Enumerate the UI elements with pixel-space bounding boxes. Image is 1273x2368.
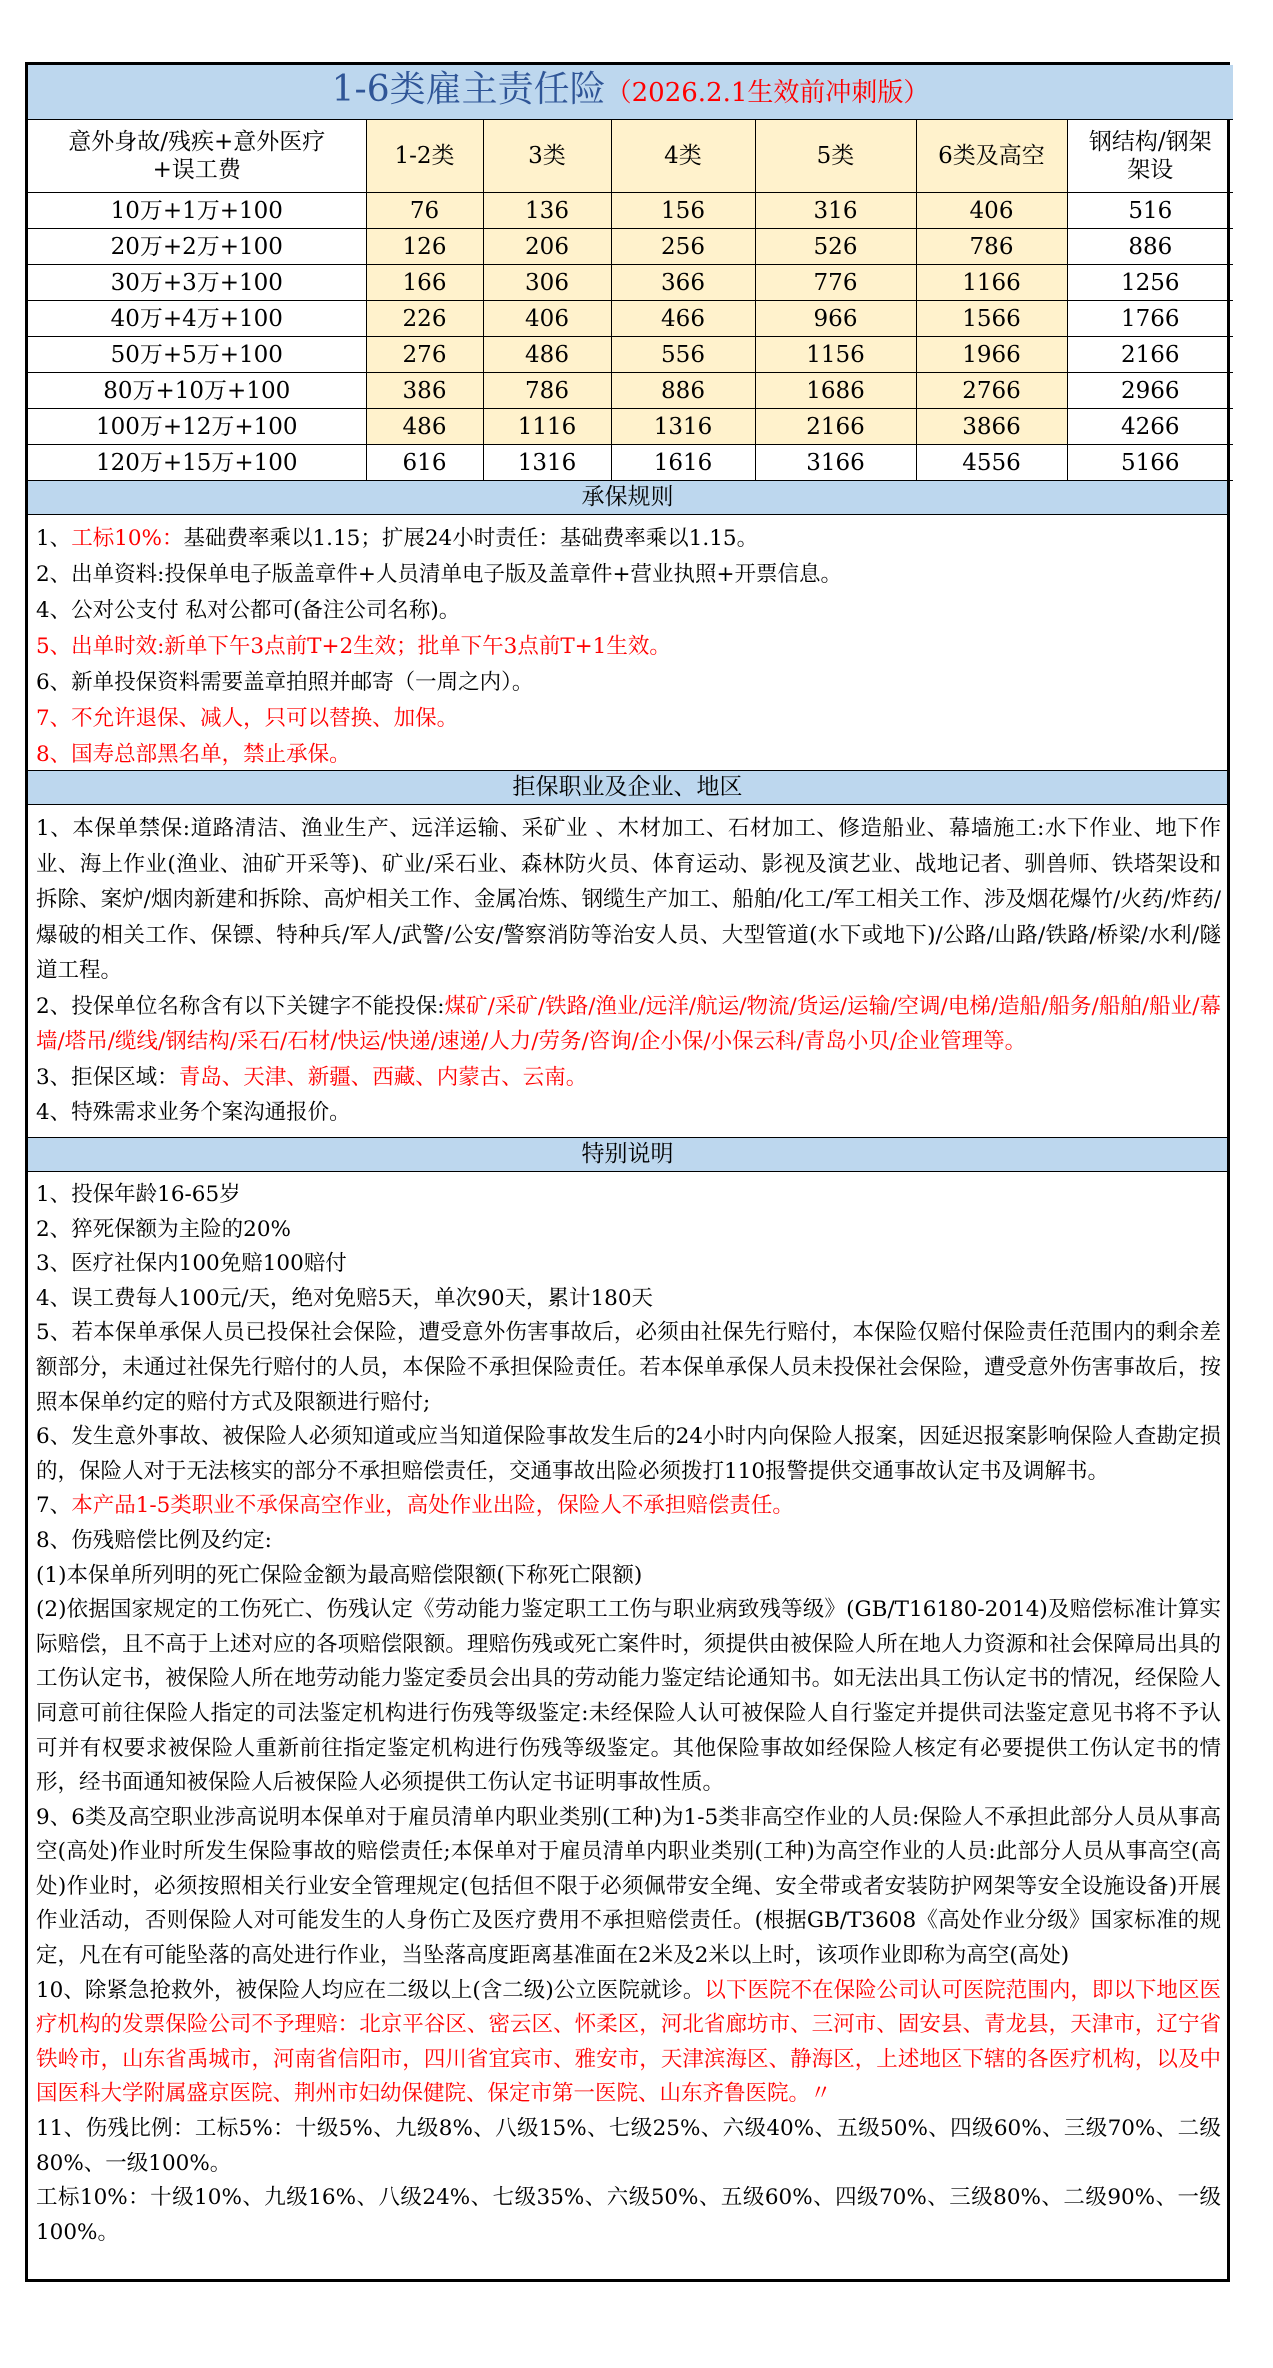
coverage-cell: 40万+4万+100 [28, 301, 366, 337]
special-body: 1、投保年龄16-65岁 2、猝死保额为主险的20% 3、医疗社保内100免赔1… [28, 1172, 1227, 2279]
coverage-cell: 10万+1万+100 [28, 193, 366, 229]
special-item-7-highlight: 本产品1-5类职业不承保高空作业，高处作业出险，保险人不承担赔偿责任。 [71, 1493, 794, 1518]
price-cell: 966 [755, 301, 916, 337]
special-item: 11、伤残比例：工标5%：十级5%、九级8%、八级15%、七级25%、六级40%… [36, 2112, 1221, 2181]
price-cell: 306 [483, 265, 611, 301]
price-cell: 616 [366, 445, 483, 481]
underwriting-rules-body: 1、工标10%：基础费率乘以1.15；扩展24小时责任：基础费率乘以1.15。 … [28, 515, 1227, 770]
price-cell: 486 [483, 337, 611, 373]
rejected-item-3-prefix: 3、拒保区域： [36, 1065, 179, 1090]
price-cell: 126 [366, 229, 483, 265]
price-cell: 206 [483, 229, 611, 265]
price-cell: 276 [366, 337, 483, 373]
price-cell: 2166 [1067, 337, 1233, 373]
special-item: (2)依据国家规定的工伤死亡、伤残认定《劳动能力鉴定职工工伤与职业病致残等级》(… [36, 1593, 1221, 1801]
table-row: 50万+5万+100 276 486 556 1156 1966 2166 [28, 337, 1233, 373]
table-row: 30万+3万+100 166 306 366 776 1166 1256 [28, 265, 1233, 301]
price-cell: 886 [611, 373, 755, 409]
price-cell: 1766 [1067, 301, 1233, 337]
price-cell: 886 [1067, 229, 1233, 265]
coverage-cell: 100万+12万+100 [28, 409, 366, 445]
price-cell: 3166 [755, 445, 916, 481]
price-cell: 1566 [916, 301, 1067, 337]
rejected-item-3: 3、拒保区域：青岛、天津、新疆、西藏、内蒙古、云南。 [36, 1060, 1221, 1096]
header-steel: 钢结构/钢架架设 [1067, 120, 1233, 193]
price-cell: 4556 [916, 445, 1067, 481]
header-class-5: 5类 [755, 120, 916, 193]
rule-item: 1、工标10%：基础费率乘以1.15；扩展24小时责任：基础费率乘以1.15。 [36, 521, 1221, 557]
price-cell: 516 [1067, 193, 1233, 229]
header-class-6: 6类及高空 [916, 120, 1067, 193]
price-cell: 166 [366, 265, 483, 301]
price-cell: 5166 [1067, 445, 1233, 481]
special-item: 4、误工费每人100元/天，绝对免赔5天，单次90天，累计180天 [36, 1282, 1221, 1317]
rejected-item-2: 2、投保单位名称含有以下关键字不能投保:煤矿/采矿/铁路/渔业/远洋/航运/物流… [36, 989, 1221, 1060]
coverage-cell: 50万+5万+100 [28, 337, 366, 373]
title-cell: 1-6类雇主责任险（2026.2.1生效前冲刺版） [28, 65, 1233, 120]
special-item: 7、本产品1-5类职业不承保高空作业，高处作业出险，保险人不承担赔偿责任。 [36, 1489, 1221, 1524]
price-cell: 256 [611, 229, 755, 265]
rule-item: 8、国寿总部黑名单，禁止承保。 [36, 737, 1221, 773]
price-cell: 3866 [916, 409, 1067, 445]
price-cell: 226 [366, 301, 483, 337]
price-cell: 1316 [483, 445, 611, 481]
price-cell: 4266 [1067, 409, 1233, 445]
special-item-10-prefix: 10、除紧急抢救外，被保险人均应在二级以上(含二级)公立医院就诊。 [36, 1978, 704, 2003]
price-cell: 156 [611, 193, 755, 229]
price-cell: 136 [483, 193, 611, 229]
rule-item: 6、新单投保资料需要盖章拍照并邮寄（一周之内）。 [36, 665, 1221, 701]
title-row: 1-6类雇主责任险（2026.2.1生效前冲刺版） [28, 65, 1233, 120]
price-cell: 316 [755, 193, 916, 229]
price-cell: 1316 [611, 409, 755, 445]
special-item: 8、伤残赔偿比例及约定: [36, 1524, 1221, 1559]
price-cell: 1116 [483, 409, 611, 445]
rule-item: 7、不允许退保、减人，只可以替换、加保。 [36, 701, 1221, 737]
header-class-1-2: 1-2类 [366, 120, 483, 193]
table-row: 120万+15万+100 616 1316 1616 3166 4556 516… [28, 445, 1233, 481]
price-cell: 556 [611, 337, 755, 373]
price-cell: 486 [366, 409, 483, 445]
coverage-cell: 20万+2万+100 [28, 229, 366, 265]
price-cell: 1616 [611, 445, 755, 481]
price-cell: 786 [916, 229, 1067, 265]
header-coverage: 意外身故/残疾+意外医疗+误工费 [28, 120, 366, 193]
price-cell: 1156 [755, 337, 916, 373]
rate-table: 1-6类雇主责任险（2026.2.1生效前冲刺版） 意外身故/残疾+意外医疗+误… [28, 65, 1233, 481]
special-item: (1)本保单所列明的死亡保险金额为最高赔偿限额(下称死亡限额) [36, 1559, 1221, 1594]
header-class-3: 3类 [483, 120, 611, 193]
section-heading-special: 特别说明 [28, 1137, 1227, 1172]
coverage-cell: 30万+3万+100 [28, 265, 366, 301]
special-item-7-prefix: 7、 [36, 1493, 71, 1518]
rule-prefix: 1、 [36, 526, 71, 551]
price-cell: 2166 [755, 409, 916, 445]
price-cell: 1686 [755, 373, 916, 409]
rule-highlight: 工标10%： [71, 526, 183, 551]
special-item: 10、除紧急抢救外，被保险人均应在二级以上(含二级)公立医院就诊。以下医院不在保… [36, 1974, 1221, 2112]
price-cell: 1256 [1067, 265, 1233, 301]
price-cell: 76 [366, 193, 483, 229]
coverage-cell: 80万+10万+100 [28, 373, 366, 409]
rule-item: 2、出单资料:投保单电子版盖章件+人员清单电子版及盖章件+营业执照+开票信息。 [36, 557, 1221, 593]
price-cell: 2766 [916, 373, 1067, 409]
table-row: 10万+1万+100 76 136 156 316 406 516 [28, 193, 1233, 229]
rejected-item-4: 4、特殊需求业务个案沟通报价。 [36, 1095, 1221, 1131]
section-heading-rejected: 拒保职业及企业、地区 [28, 770, 1227, 805]
table-row: 20万+2万+100 126 206 256 526 786 886 [28, 229, 1233, 265]
page-subtitle: （2026.2.1生效前冲刺版） [606, 78, 930, 108]
special-item: 2、猝死保额为主险的20% [36, 1213, 1221, 1248]
header-row: 意外身故/残疾+意外医疗+误工费 1-2类 3类 4类 5类 6类及高空 钢结构… [28, 120, 1233, 193]
coverage-cell: 120万+15万+100 [28, 445, 366, 481]
table-row: 80万+10万+100 386 786 886 1686 2766 2966 [28, 373, 1233, 409]
price-cell: 466 [611, 301, 755, 337]
price-cell: 526 [755, 229, 916, 265]
rejected-regions: 青岛、天津、新疆、西藏、内蒙古、云南。 [179, 1065, 588, 1090]
insurance-rate-sheet: 1-6类雇主责任险（2026.2.1生效前冲刺版） 意外身故/残疾+意外医疗+误… [25, 62, 1230, 2282]
special-item: 9、6类及高空职业涉高说明本保单对于雇员清单内职业类别(工种)为1-5类非高空作… [36, 1801, 1221, 1974]
price-cell: 406 [483, 301, 611, 337]
price-cell: 776 [755, 265, 916, 301]
table-row: 40万+4万+100 226 406 466 966 1566 1766 [28, 301, 1233, 337]
rejected-item-1: 1、本保单禁保:道路清洁、渔业生产、远洋运输、采矿业 、木材加工、石材加工、修造… [36, 811, 1221, 989]
price-cell: 1166 [916, 265, 1067, 301]
special-item: 1、投保年龄16-65岁 [36, 1178, 1221, 1213]
price-cell: 2966 [1067, 373, 1233, 409]
section-heading-underwriting-rules: 承保规则 [28, 481, 1227, 515]
price-cell: 786 [483, 373, 611, 409]
price-cell: 386 [366, 373, 483, 409]
special-item: 工标10%：十级10%、九级16%、八级24%、七级35%、六级50%、五级60… [36, 2181, 1221, 2250]
rule-text: 基础费率乘以1.15；扩展24小时责任：基础费率乘以1.15。 [183, 526, 758, 551]
special-item: 5、若本保单承保人员已投保社会保险，遭受意外伤害事故后，必须由社保先行赔付，本保… [36, 1316, 1221, 1420]
rejected-body: 1、本保单禁保:道路清洁、渔业生产、远洋运输、采矿业 、木材加工、石材加工、修造… [28, 805, 1227, 1137]
price-cell: 366 [611, 265, 755, 301]
rule-item: 5、出单时效:新单下午3点前T+2生效；批单下午3点前T+1生效。 [36, 629, 1221, 665]
rule-item: 4、公对公支付 私对公都可(备注公司名称)。 [36, 593, 1221, 629]
header-class-4: 4类 [611, 120, 755, 193]
table-row: 100万+12万+100 486 1116 1316 2166 3866 426… [28, 409, 1233, 445]
special-item: 3、医疗社保内100免赔100赔付 [36, 1247, 1221, 1282]
price-cell: 1966 [916, 337, 1067, 373]
rejected-item-2-prefix: 2、投保单位名称含有以下关键字不能投保: [36, 994, 444, 1019]
page-title: 1-6类雇主责任险 [332, 69, 606, 110]
price-cell: 406 [916, 193, 1067, 229]
special-item: 6、发生意外事故、被保险人必须知道或应当知道保险事故发生后的24小时内向保险人报… [36, 1420, 1221, 1489]
